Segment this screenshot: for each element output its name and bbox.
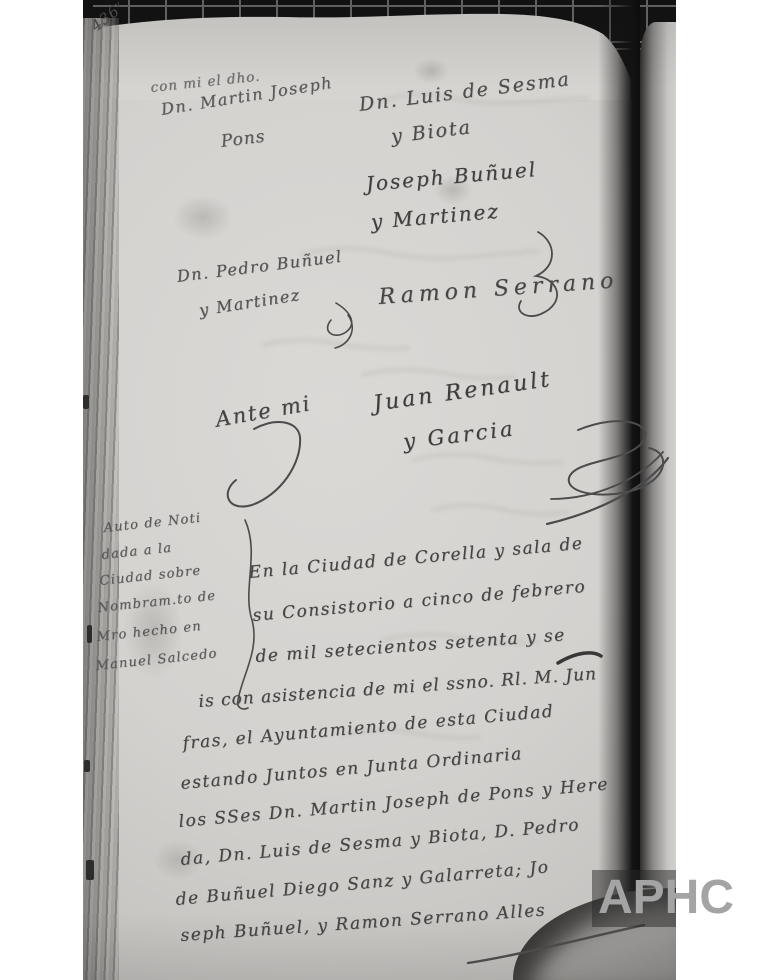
watermark-logo: APHC [598,872,734,925]
adjacent-page-edge [640,22,676,888]
spine-mark [86,860,94,880]
book-gutter-shadow [598,0,640,980]
paper-stain [413,58,449,84]
paper-stain [173,195,233,240]
page-left-edge [83,18,119,980]
spine-mark [87,625,92,643]
spine-mark [84,760,90,772]
manuscript-scan: 436v con mi el dho. Dn. Martin Joseph Po… [0,0,757,980]
spine-mark [83,395,89,409]
